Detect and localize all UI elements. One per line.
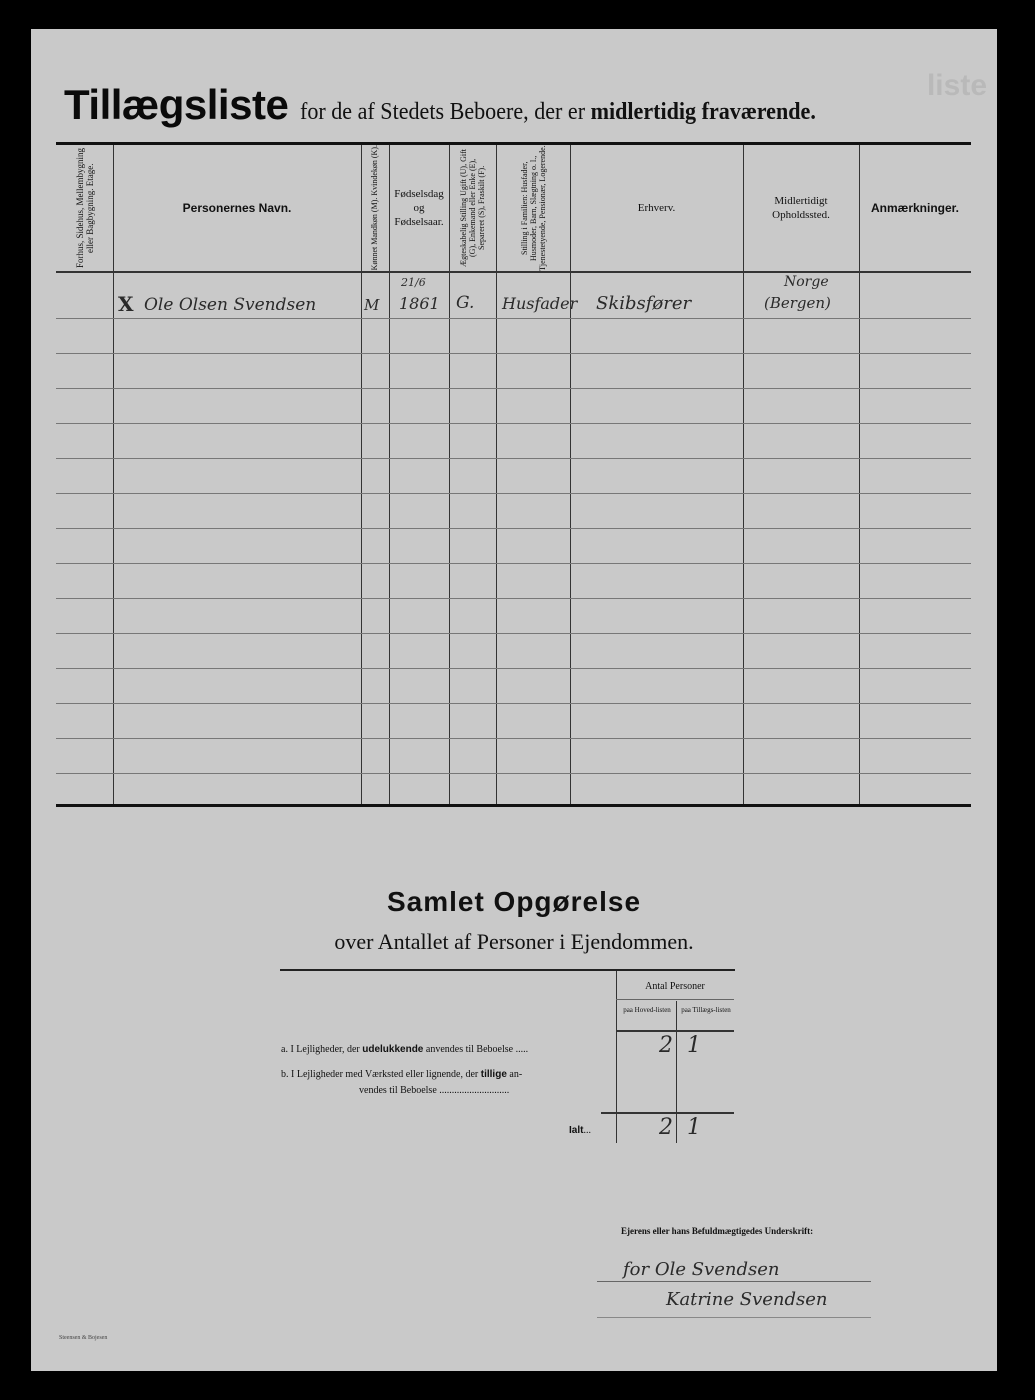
row-divider	[56, 423, 971, 424]
row-divider	[56, 388, 971, 389]
title-subtitle: for de af Stedets Beboere, der er midler…	[300, 99, 816, 126]
summary-divider	[601, 1112, 734, 1114]
row-divider	[56, 633, 971, 634]
header-occupation: Erhverv.	[570, 145, 743, 271]
summary-row-a-label: a. I Lejligheder, der udelukkende anvend…	[281, 1044, 528, 1055]
header-bottom-rule	[56, 271, 971, 273]
cell-temp-residence-line2: (Bergen)	[764, 294, 831, 312]
summary-top-rule	[280, 969, 735, 971]
header-birth: Fødselsdag og Fødselsaar.	[389, 145, 449, 271]
row-divider	[56, 318, 971, 319]
header-building: Forhus, Sidehus, Mellembygning eller Bag…	[56, 145, 113, 271]
title-main: Tillægsliste	[64, 81, 288, 128]
row-divider	[56, 353, 971, 354]
summary-total-label: Ialt...	[569, 1125, 591, 1136]
header-sex: Kønnet Mandkøn (M). Kvindekøn (K).	[361, 145, 389, 271]
cell-marital: G.	[456, 293, 474, 313]
cell-birth-day: 21/6	[401, 276, 426, 289]
summary-group-header: Antal Personer	[616, 981, 734, 992]
row-divider	[56, 668, 971, 669]
row-divider	[56, 458, 971, 459]
header-marital: Ægteskabelig Stilling Ugift (U), Gift (G…	[449, 145, 496, 271]
table-bottom-rule	[56, 804, 971, 807]
signature-line1: for Ole Svendsen	[623, 1259, 779, 1280]
summary-total-supp: 1	[687, 1115, 701, 1140]
summary-col-main: paa Hoved-listen	[619, 1005, 675, 1015]
header-family-position: Stilling i Familien: Husfader, Husmoder,…	[496, 145, 570, 271]
cell-sex: M	[364, 296, 379, 314]
header-temp-residence: Midlertidigt Opholdssted.	[743, 145, 859, 271]
cell-birth-year: 1861	[399, 294, 440, 313]
summary-title: Samlet Opgørelse	[31, 886, 997, 918]
name-mark: X	[118, 292, 134, 316]
row-divider	[56, 703, 971, 704]
summary-col-supplement: paa Tillægs-listen	[679, 1005, 733, 1015]
census-form-page: liste Tillægsliste for de af Stedets Beb…	[31, 29, 997, 1371]
cell-temp-residence-line1: Norge	[784, 274, 829, 290]
bleed-through-text: liste	[927, 69, 987, 103]
row-divider	[56, 773, 971, 774]
cell-family-position: Husfader	[502, 294, 577, 313]
summary-row-b-label: b. I Lejligheder med Værksted eller lign…	[281, 1069, 522, 1080]
summary-divider	[616, 1030, 734, 1032]
signature-rule	[597, 1317, 871, 1318]
header-remarks: Anmærkninger.	[859, 145, 971, 271]
cell-name: Ole Olsen Svendsen	[144, 295, 316, 315]
row-divider	[56, 528, 971, 529]
summary-row-b-label-line2: vendes til Beboelse ....................…	[359, 1085, 509, 1096]
printer-mark: Steensen & Bojesen	[59, 1335, 107, 1341]
row-divider	[56, 738, 971, 739]
cell-occupation: Skibsfører	[596, 293, 691, 314]
row-divider	[56, 563, 971, 564]
summary-row-a-supp: 1	[687, 1033, 701, 1058]
header-name: Personernes Navn.	[113, 145, 361, 271]
summary-total-main: 2	[659, 1115, 673, 1140]
summary-divider	[676, 1001, 677, 1143]
signature-line2: Katrine Svendsen	[666, 1289, 828, 1310]
summary-row-a-main: 2	[659, 1033, 673, 1058]
signature-rule	[597, 1281, 871, 1282]
summary-divider	[616, 999, 734, 1000]
signature-label: Ejerens eller hans Befuldmægtigedes Unde…	[621, 1226, 813, 1236]
row-divider	[56, 493, 971, 494]
form-title: Tillægsliste for de af Stedets Beboere, …	[64, 81, 861, 129]
summary-subtitle: over Antallet af Personer i Ejendommen.	[31, 929, 997, 955]
row-divider	[56, 598, 971, 599]
summary-divider	[616, 971, 617, 1143]
